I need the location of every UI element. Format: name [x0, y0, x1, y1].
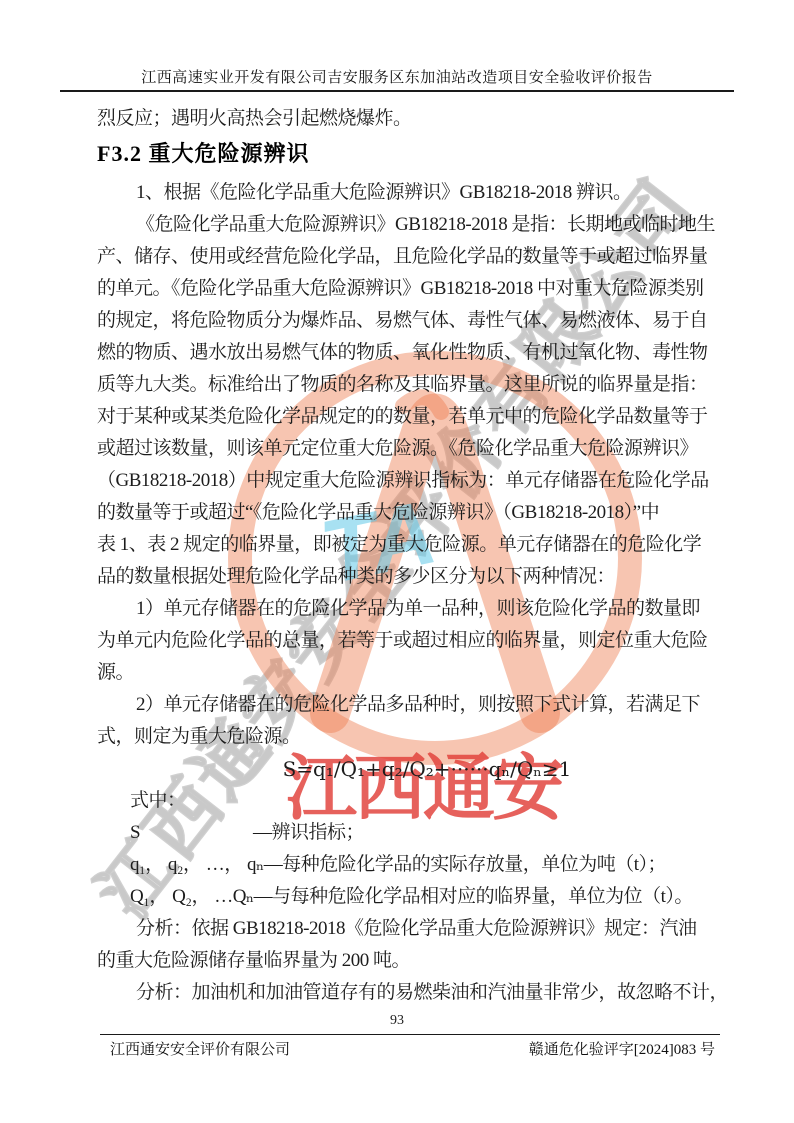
- document-line: 式，则定为重大危险源。: [97, 721, 703, 753]
- footer-doc-number: 赣通危化验评字[2024]083 号: [529, 1038, 715, 1059]
- header-rule: [60, 90, 734, 92]
- document-line: 1）单元存储器在的危险化学品为单一品种，则该危险化学品的数量即: [97, 593, 703, 625]
- where-label: 式中：: [97, 785, 703, 817]
- document-page: 江西高速实业开发有限公司吉安服务区东加油站改造项目安全验收评价报告 江西通安安全…: [0, 0, 794, 1123]
- document-line: （GB18218-2018）中规定重大危险源辨识指标为：单元存储器在危险化学品: [97, 465, 703, 497]
- document-line: 质等九大类。标准给出了物质的名称及其临界量。这里所说的临界量是指：: [97, 369, 703, 401]
- document-line: 为单元内危险化学品的总量，若等于或超过相应的临界量，则定位重大危险: [97, 625, 703, 657]
- footer-company: 江西通安安全评价有限公司: [110, 1038, 290, 1059]
- footer-rule: [100, 1034, 720, 1035]
- document-line: 烈反应；遇明火高热会引起燃烧爆炸。: [97, 103, 703, 135]
- symbol-s-description: —辨识指标；: [253, 822, 364, 843]
- document-line: 分析：依据 GB18218-2018《危险化学品重大危险源辨识》规定：汽油: [97, 913, 703, 945]
- footer: 江西通安安全评价有限公司 赣通危化验评字[2024]083 号: [110, 1038, 715, 1059]
- document-line: 《危险化学品重大危险源辨识》GB18218-2018 是指：长期地或临时地生: [97, 209, 703, 241]
- document-line: 对于某种或某类危险化学品规定的的数量，若单元中的危险化学品数量等于: [97, 401, 703, 433]
- symbol-definition-s: S—辨识指标；: [97, 817, 703, 849]
- symbol-s: S: [130, 817, 253, 849]
- document-line: 的规定，将危险物质分为爆炸品、易燃气体、毒性气体、易燃液体、易于自: [97, 305, 703, 337]
- identification-formula: S=q₁/Q₁+q₂/Q₂+······qₙ/Qₙ≥1: [124, 753, 730, 785]
- document-line: 的重大危险源储存量临界量为 200 吨。: [97, 945, 703, 977]
- document-line: 表 1、表 2 规定的临界量，即被定为重大危险源。单元存储器在的危险化学: [97, 529, 703, 561]
- document-line: 或超过该数量，则该单元定位重大危险源。《危险化学品重大危险源辨识》: [97, 433, 703, 465]
- document-line: 燃的物质、遇水放出易燃气体的物质、氧化性物质、有机过氧化物、毒性物: [97, 337, 703, 369]
- document-line: 产、储存、使用或经营危险化学品，且危险化学品的数量等于或超过临界量: [97, 241, 703, 273]
- document-line: 源。: [97, 657, 703, 689]
- section-heading: F3.2 重大危险源辨识: [97, 139, 703, 169]
- document-line: 分析：加油机和加油管道存有的易燃柴油和汽油量非常少，故忽略不计，: [97, 977, 703, 1009]
- document-line: 的数量等于或超过“《危险化学品重大危险源辨识》（GB18218-2018）”中: [97, 497, 703, 529]
- header-title: 江西高速实业开发有限公司吉安服务区东加油站改造项目安全验收评价报告: [60, 66, 734, 87]
- document-body: 烈反应；遇明火高热会引起燃烧爆炸。 F3.2 重大危险源辨识 1、根据《危险化学…: [97, 103, 703, 1009]
- document-line: 品的数量根据处理危险化学品种类的多少区分为以下两种情况：: [97, 561, 703, 593]
- symbol-definition-q: q₁， q₂， …， qₙ—每种危险化学品的实际存放量，单位为吨（t）；: [97, 849, 703, 881]
- page-number: 93: [0, 1013, 794, 1029]
- document-line: 的单元。《危险化学品重大危险源辨识》GB18218-2018 中对重大危险源类别: [97, 273, 703, 305]
- symbol-definition-Q: Q₁， Q₂， …Qₙ—与每种危险化学品相对应的临界量，单位为位（t）。: [97, 881, 703, 913]
- document-line: 1、根据《危险化学品重大危险源辨识》GB18218-2018 辨识。: [97, 177, 703, 209]
- document-line: 2）单元存储器在的危险化学品多品种时，则按照下式计算，若满足下: [97, 689, 703, 721]
